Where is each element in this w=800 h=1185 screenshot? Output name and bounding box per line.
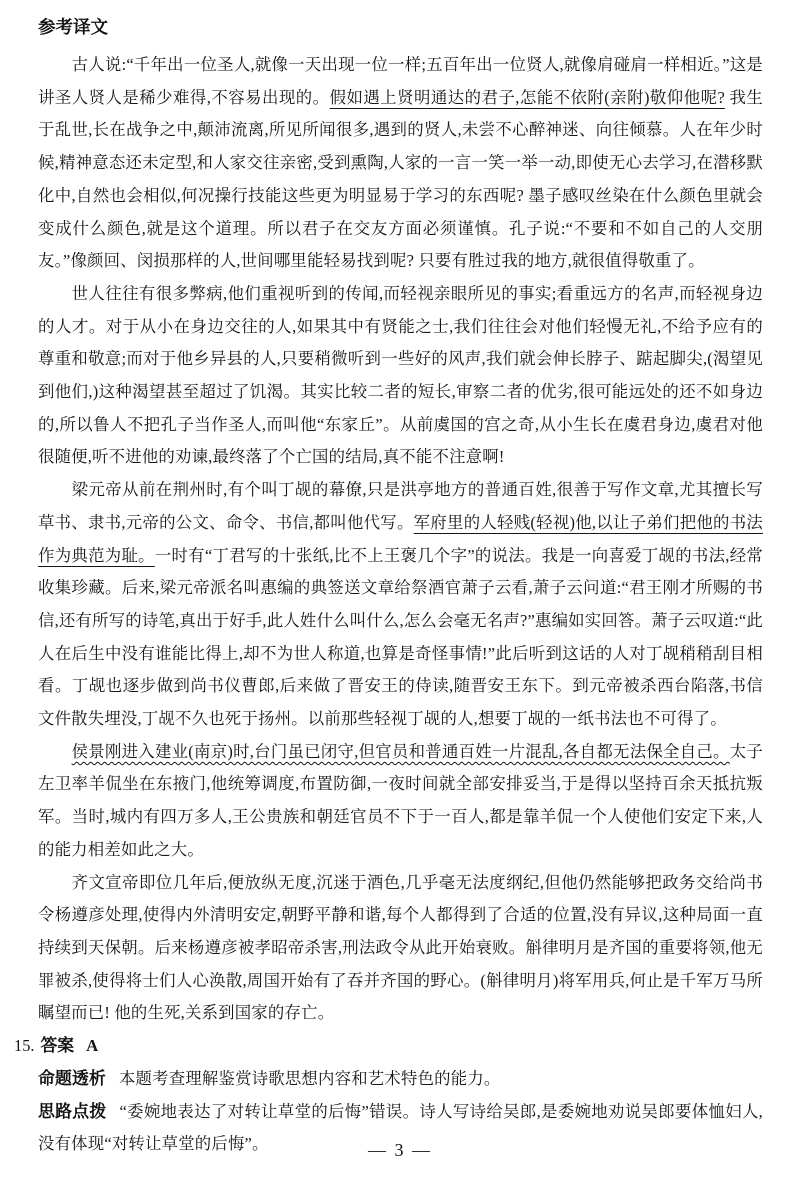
answer-value: A (86, 1036, 98, 1055)
analysis-text: 本题考查理解鉴赏诗歌思想内容和艺术特色的能力。 (119, 1069, 501, 1088)
answer-key-page: 参考译文 古人说:“千年出一位圣人,就像一天出现一位一样;五百年出一位贤人,就像… (0, 0, 800, 1185)
translation-paragraph-1: 古人说:“千年出一位圣人,就像一天出现一位一样;五百年出一位贤人,就像肩碰肩一样… (38, 49, 763, 278)
analysis-line: 命题透析本题考查理解鉴赏诗歌思想内容和艺术特色的能力。 (38, 1063, 763, 1096)
translation-text: 我生于乱世,长在战争之中,颠沛流离,所见所闻很多,遇到的贤人,未尝不心醉神迷、向… (38, 88, 763, 271)
section-title: 参考译文 (38, 14, 763, 40)
translation-paragraphs: 古人说:“千年出一位圣人,就像一天出现一位一样;五百年出一位贤人,就像肩碰肩一样… (38, 49, 763, 1030)
translation-paragraph-3: 梁元帝从前在荆州时,有个叫丁觇的幕僚,只是洪亭地方的普通百姓,很善于写作文章,尤… (38, 474, 763, 736)
translation-text: 世人往往有很多弊病,他们重视听到的传闻,而轻视亲眼所见的事实;看重远方的名声,而… (38, 284, 763, 467)
translation-text: 一时有“丁君写的十张纸,比不上王褒几个字”的说法。我是一向喜爱丁觇的书法,经常收… (38, 546, 763, 729)
page-number: — 3 — (0, 1140, 800, 1161)
answer-item-15: 15.答案A (14, 1030, 763, 1063)
translation-paragraph-4: 侯景刚进入建业(南京)时,台门虽已闭守,但官员和普通百姓一片混乱,各自都无法保全… (38, 736, 763, 867)
translation-paragraph-2: 世人往往有很多弊病,他们重视听到的传闻,而轻视亲眼所见的事实;看重远方的名声,而… (38, 278, 763, 474)
question-number: 15. (14, 1036, 35, 1055)
translation-paragraph-5: 齐文宣帝即位几年后,便放纵无度,沉迷于酒色,几乎毫无法度纲纪,但他仍然能够把政务… (38, 867, 763, 1031)
underlined-passage: 假如遇上贤明通达的君子,怎能不依附(亲附)敬仰他呢? (330, 88, 725, 107)
underlined-passage: 侯景刚进入建业(南京)时,台门虽已闭守,但官员和普通百姓一片混乱,各自都无法保全… (72, 742, 730, 761)
analysis-label: 命题透析 (38, 1069, 106, 1088)
guidance-label: 思路点拨 (38, 1102, 107, 1121)
translation-text: 齐文宣帝即位几年后,便放纵无度,沉迷于酒色,几乎毫无法度纲纪,但他仍然能够把政务… (38, 873, 763, 1023)
answer-label: 答案 (41, 1036, 75, 1055)
